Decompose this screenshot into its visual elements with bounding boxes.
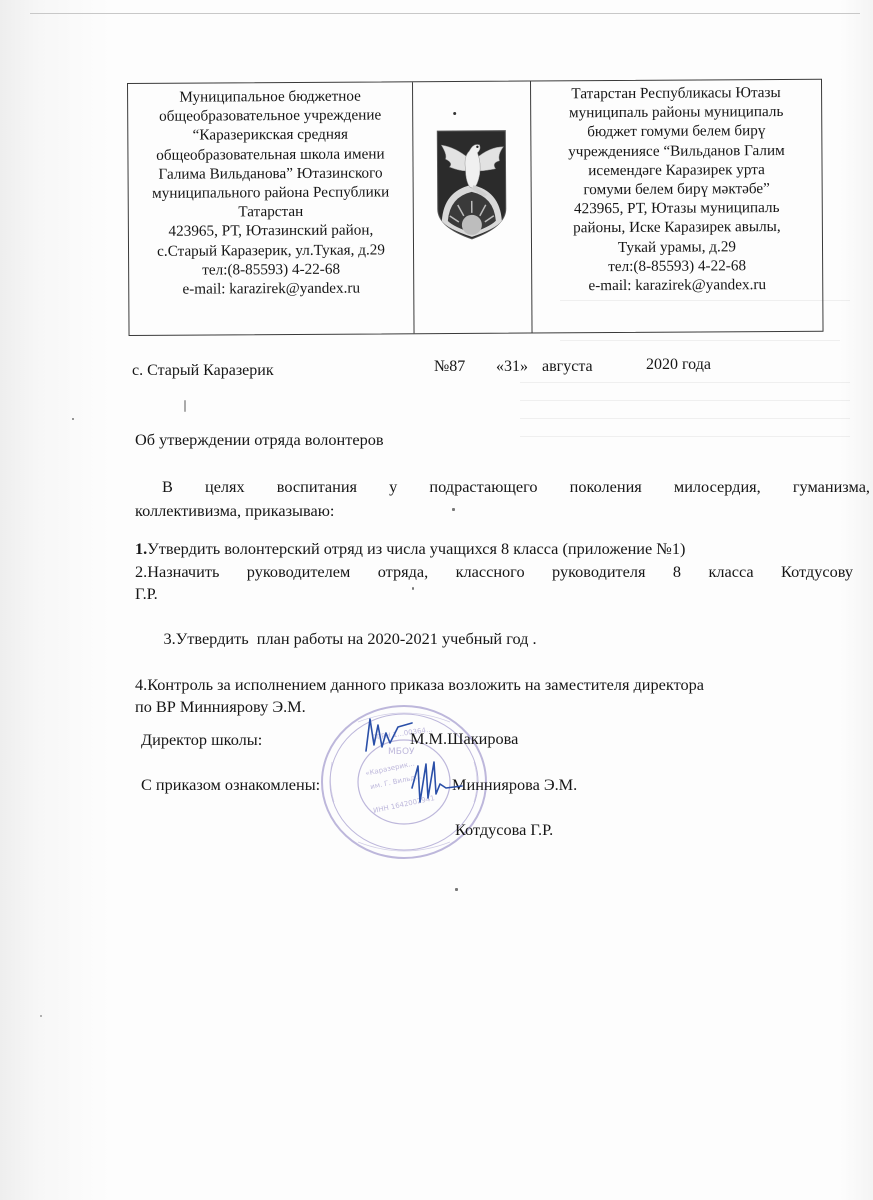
speck bbox=[184, 400, 186, 412]
order-item: 1.Утвердить волонтерский отряд из числа … bbox=[135, 538, 855, 561]
order-item-number: 3. bbox=[159, 629, 175, 648]
bleed-through-line bbox=[520, 382, 850, 383]
letterhead-tatar-block: Татарстан Республикасы Ютазы муниципаль … bbox=[531, 80, 823, 333]
letterhead-line: гомуми белем бирү мәктәбе” bbox=[532, 179, 822, 200]
intro-line: коллективизма, приказываю: bbox=[135, 499, 865, 523]
page-top-edge bbox=[30, 13, 860, 14]
intro-line: В целях воспитания у подрастающего покол… bbox=[135, 475, 870, 499]
bleed-through-line bbox=[520, 418, 850, 419]
letterhead-line: учреждениясе “Вильданов Галим bbox=[531, 140, 821, 161]
letterhead-line: Татарстан bbox=[129, 201, 413, 222]
order-year: 2020 года bbox=[646, 356, 711, 374]
order-item-number: 2. bbox=[135, 562, 147, 581]
letterhead-line: 423965, РТ, Ютазинский район, bbox=[129, 221, 413, 242]
letterhead-line: районы, Иске Каразирек авылы, bbox=[532, 217, 822, 238]
letterhead-email: e-mail: karazirek@yandex.ru bbox=[129, 278, 413, 299]
acquaintance-signature-icon bbox=[408, 758, 464, 808]
letterhead-russian-block: Муниципальное бюджетное общеобразователь… bbox=[128, 82, 415, 335]
order-item-text: Назначить руководителем отряда, классног… bbox=[147, 562, 853, 581]
speck bbox=[40, 1015, 42, 1017]
order-place: с. Старый Каразерик bbox=[132, 362, 274, 380]
order-item-number: 4. bbox=[135, 675, 147, 694]
speck bbox=[455, 888, 458, 891]
order-day: «31» bbox=[496, 358, 528, 376]
letterhead-line: “Каразерикская средняя bbox=[128, 125, 412, 146]
letterhead-table: Муниципальное бюджетное общеобразователь… bbox=[127, 79, 824, 336]
coat-of-arms-icon bbox=[435, 129, 508, 241]
letterhead-line: бюджет гомуми белем бирү bbox=[531, 121, 821, 142]
director-name: М.М.Шакирова bbox=[410, 729, 518, 749]
bleed-through-line bbox=[520, 436, 850, 437]
letterhead-line: Муниципальное бюджетное bbox=[128, 86, 412, 107]
speck bbox=[453, 112, 456, 115]
order-item-continuation: Г.Р. bbox=[135, 583, 855, 606]
order-item-text: Утвердить план работы на 2020-2021 учебн… bbox=[176, 629, 537, 648]
letterhead-line: общеобразовательное учреждение bbox=[128, 105, 412, 126]
letterhead-line: Татарстан Республикасы Ютазы bbox=[531, 83, 821, 104]
order-item: 3.Утвердить план работы на 2020-2021 уче… bbox=[135, 606, 855, 674]
document-title: Об утверждении отряда волонтеров bbox=[135, 430, 384, 450]
letterhead-line: муниципаль районы муниципаль bbox=[531, 102, 821, 123]
letterhead-line: с.Старый Каразерик, ул.Тукая, д.29 bbox=[129, 240, 413, 261]
speck bbox=[72, 418, 74, 420]
scanned-page: Муниципальное бюджетное общеобразователь… bbox=[0, 0, 873, 1200]
letterhead-line: исемендәге Каразирек урта bbox=[531, 160, 821, 181]
letterhead-line: Галима Вильданова” Ютазинского bbox=[128, 163, 412, 184]
letterhead-line: общеобразовательная школа имени bbox=[128, 144, 412, 165]
letterhead-line: тел:(8-85593) 4-22-68 bbox=[532, 256, 822, 277]
bleed-through-line bbox=[560, 340, 840, 341]
letterhead-line: муниципального района Республики bbox=[129, 182, 413, 203]
order-item-text: Контроль за исполнением данного приказа … bbox=[147, 675, 704, 694]
letterhead-emblem-cell bbox=[413, 82, 533, 334]
intro-paragraph: В целях воспитания у подрастающего покол… bbox=[135, 475, 865, 523]
acquainted-name: Котдусова Г.Р. bbox=[455, 820, 553, 840]
order-meta-line: с. Старый Каразерик №87 «31» августа 202… bbox=[132, 356, 832, 378]
director-signature-icon bbox=[360, 715, 420, 755]
letterhead-email: e-mail: karazirek@yandex.ru bbox=[532, 275, 822, 296]
order-number: №87 bbox=[434, 358, 465, 376]
acquainted-label: С приказом ознакомлены: bbox=[141, 775, 320, 795]
letterhead-line: Тукай урамы, д.29 bbox=[532, 236, 822, 257]
order-month: августа bbox=[542, 358, 593, 376]
order-item: 2.Назначить руководителем отряда, классн… bbox=[135, 561, 853, 584]
acquainted-name: Минниярова Э.М. bbox=[452, 775, 577, 795]
order-item-text: Утвердить волонтерский отряд из числа уч… bbox=[147, 539, 685, 558]
letterhead-line: 423965, РТ, Ютазы муниципаль bbox=[532, 198, 822, 219]
order-item-number: 1. bbox=[135, 539, 147, 558]
bleed-through-line bbox=[520, 400, 850, 401]
order-item-continuation: по ВР Минниярову Э.М. bbox=[135, 696, 855, 719]
order-items-list: 1.Утвердить волонтерский отряд из числа … bbox=[135, 538, 855, 719]
director-label: Директор школы: bbox=[141, 730, 262, 750]
order-item: 4.Контроль за исполнением данного приказ… bbox=[135, 674, 855, 697]
letterhead-line: тел:(8-85593) 4-22-68 bbox=[129, 259, 413, 280]
